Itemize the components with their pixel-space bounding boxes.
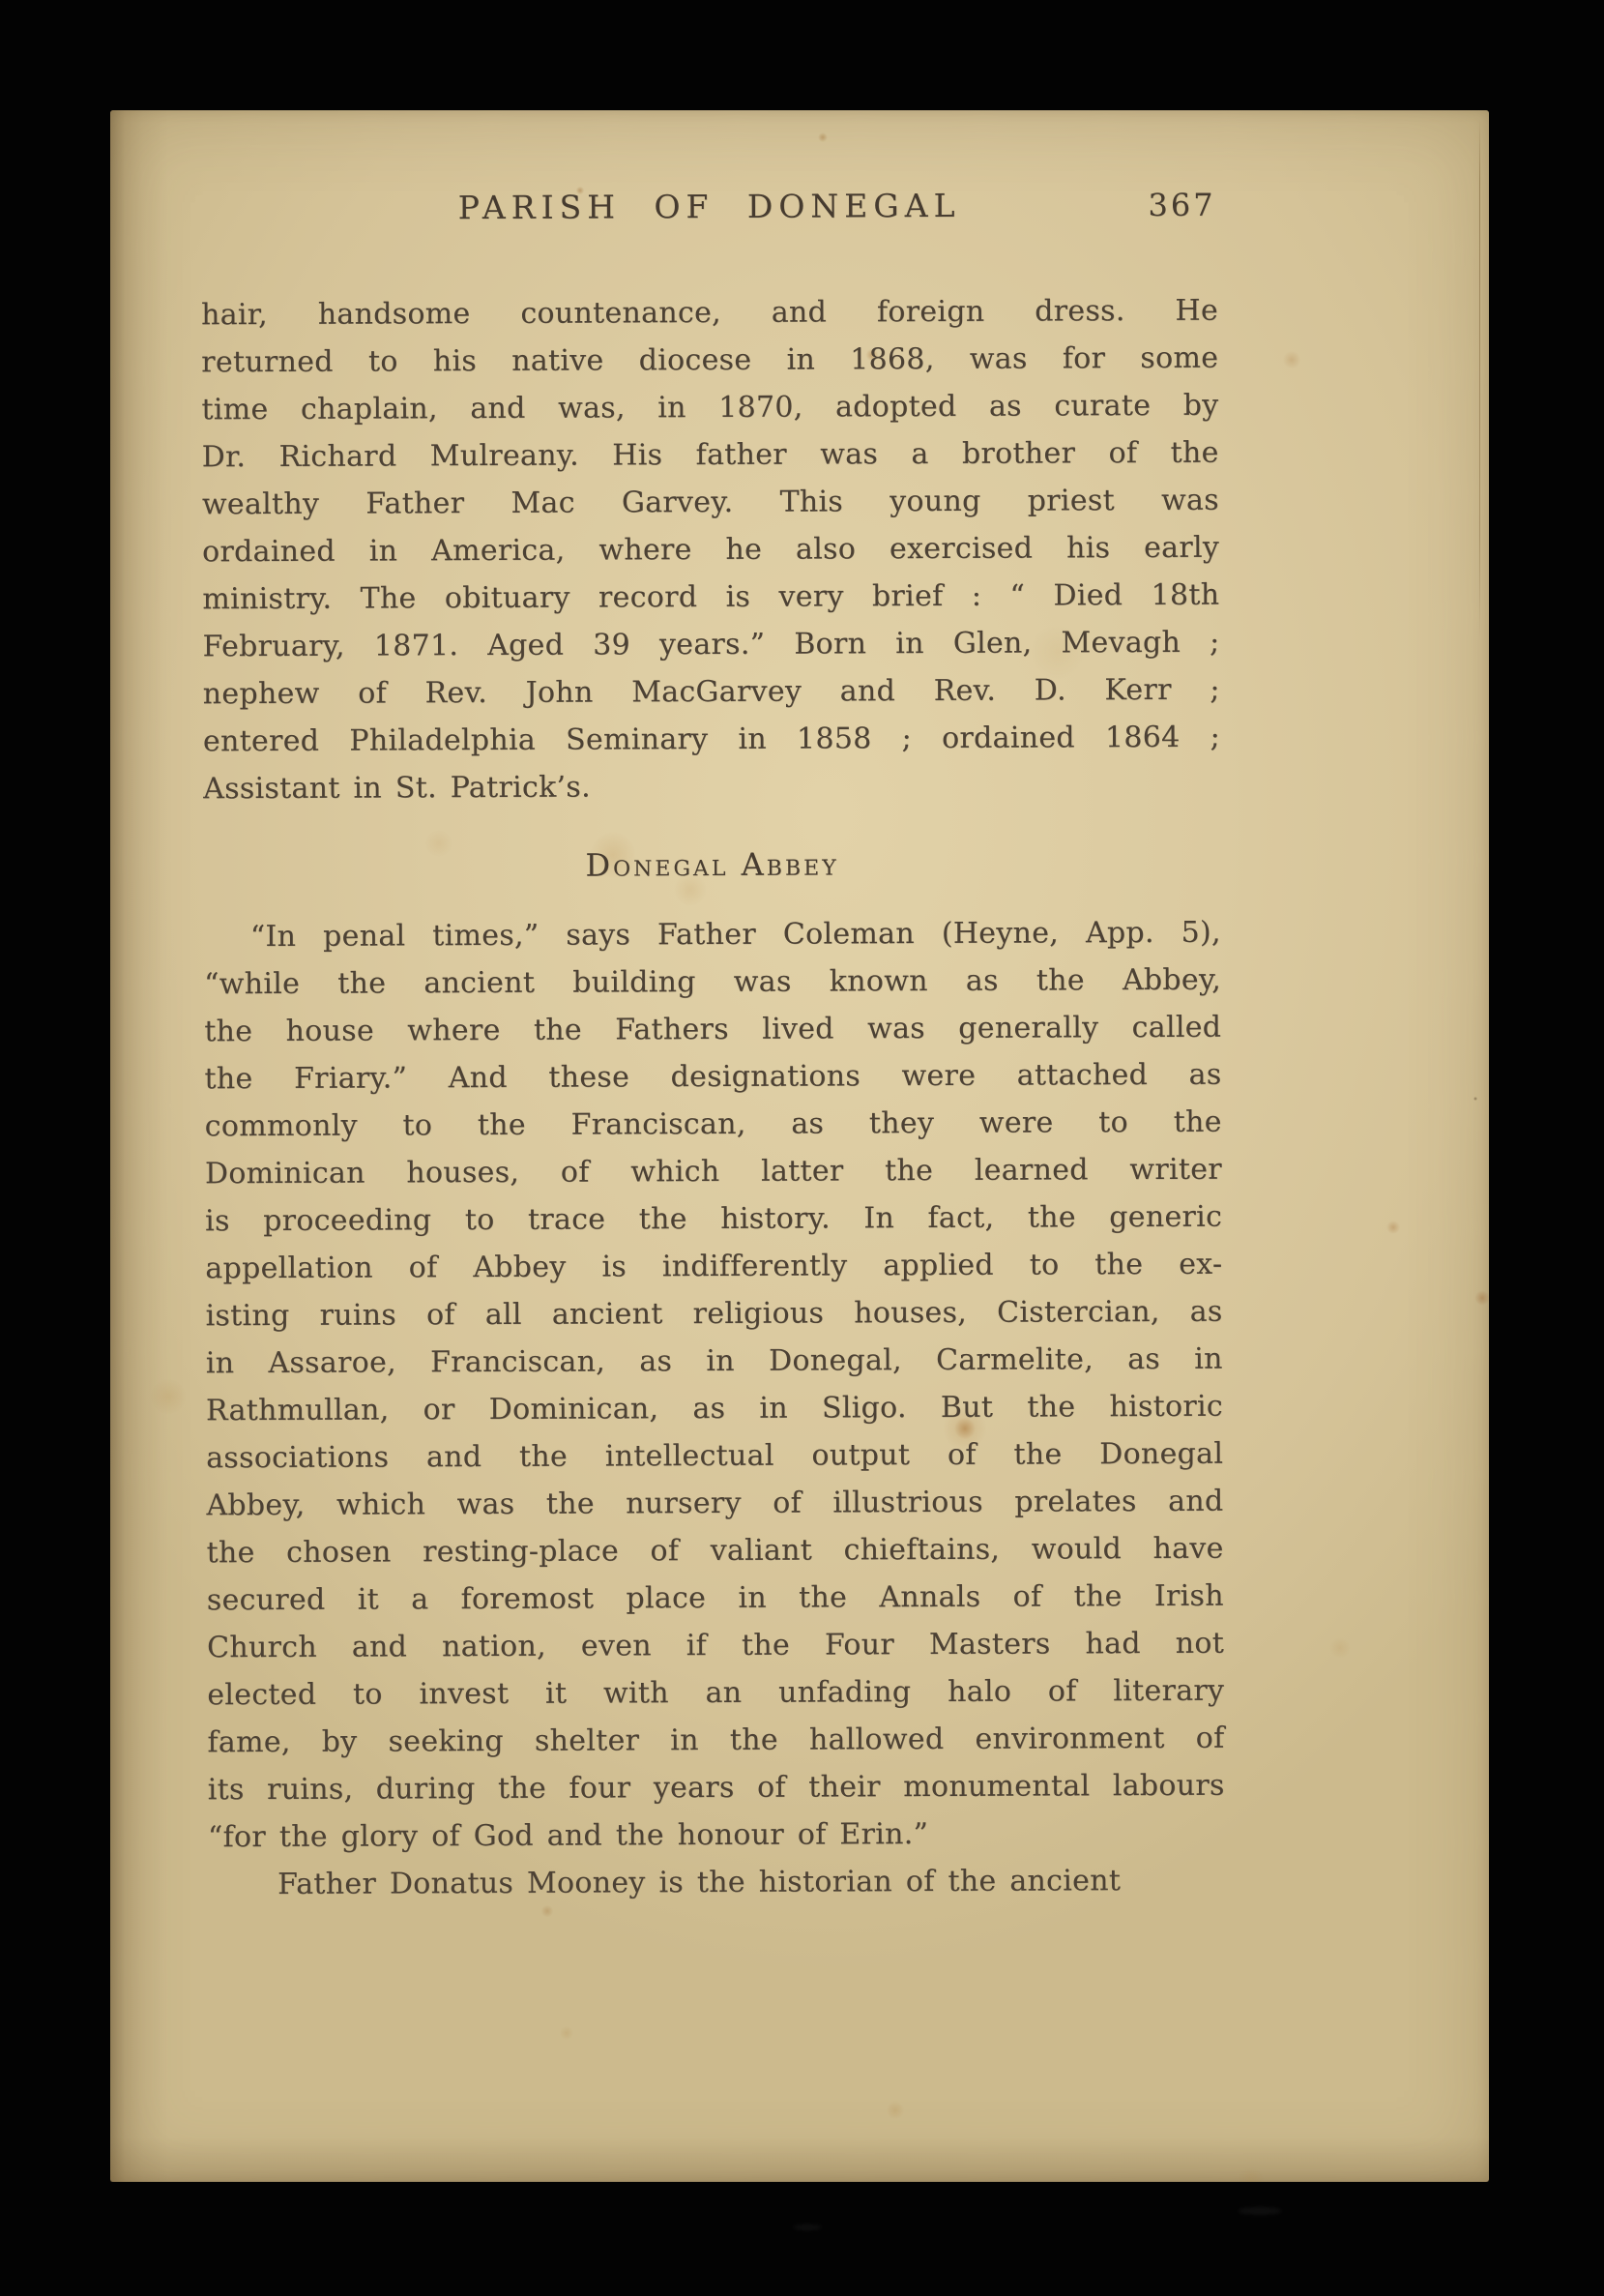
section-heading: Donegal Abbey (203, 844, 1220, 886)
text-line: wealthy Father Mac Garvey. This young pr… (202, 477, 1219, 529)
text-line: the Friary.” And these designations were… (204, 1051, 1221, 1104)
text-line: Assistant in St. Patrick’s. (203, 761, 1220, 813)
paragraph-father-mooney: Father Donatus Mooney is the historian o… (208, 1857, 1225, 1909)
text-line: entered Philadelphia Seminary in 1858 ; … (203, 714, 1220, 766)
text-line: Rathmullan, or Dominican, as in Sligo. B… (206, 1383, 1223, 1435)
text-line: ministry. The obituary record is very br… (202, 572, 1219, 624)
dust-speck (1238, 2207, 1282, 2215)
text-line: ordained in America, where he also exerc… (202, 524, 1219, 576)
running-head-title: PARISH OF DONEGAL (200, 186, 1217, 228)
text-line: the house where the Fathers lived was ge… (204, 1004, 1221, 1056)
text-line: Dominican houses, of which latter the le… (205, 1146, 1222, 1198)
text-line: in Assaroe, Franciscan, as in Donegal, C… (206, 1336, 1223, 1388)
text-line: “for the glory of God and the honour of … (208, 1810, 1225, 1862)
text-line: is proceeding to trace the history. In f… (205, 1193, 1222, 1246)
text-line: elected to invest it with an unfading ha… (207, 1667, 1224, 1720)
running-head: PARISH OF DONEGAL 367 (200, 186, 1217, 237)
page-number: 367 (1148, 187, 1215, 223)
text-line: Father Donatus Mooney is the historian o… (208, 1857, 1225, 1909)
book-page: PARISH OF DONEGAL 367 hair, handsome cou… (110, 110, 1489, 2182)
text-line: February, 1871. Aged 39 years.” Born in … (202, 619, 1219, 671)
text-line: its ruins, during the four years of thei… (208, 1762, 1225, 1814)
text-line: secured it a foremost place in the Annal… (207, 1573, 1224, 1625)
text-line: isting ruins of all ancient religious ho… (205, 1288, 1222, 1340)
text-line: hair, handsome countenance, and foreign … (201, 287, 1218, 339)
text-line: associations and the intellectual output… (206, 1430, 1223, 1483)
text-line: nephew of Rev. John MacGarvey and Rev. D… (203, 666, 1220, 719)
paragraph-donegal-abbey: “In penal times,” says Father Coleman (H… (204, 909, 1225, 1862)
text-line: returned to his native diocese in 1868, … (201, 335, 1218, 387)
text-line: the chosen resting-place of valiant chie… (207, 1525, 1224, 1577)
text-line: “while the ancient building was known as… (204, 957, 1221, 1009)
text-line: time chaplain, and was, in 1870, adopted… (201, 382, 1218, 434)
text-line: Dr. Richard Mulreany. His father was a b… (202, 429, 1219, 482)
binding-gutter-shadow (110, 110, 168, 2182)
text-line: Church and nation, even if the Four Mast… (207, 1620, 1224, 1672)
dust-speck (793, 2224, 822, 2230)
text-line: fame, by seeking shelter in the hallowed… (207, 1715, 1224, 1767)
text-line: commonly to the Franciscan, as they were… (205, 1099, 1222, 1151)
text-line: Abbey, which was the nursery of illustri… (206, 1478, 1223, 1530)
text-line: “In penal times,” says Father Coleman (H… (204, 909, 1221, 961)
scan-background: PARISH OF DONEGAL 367 hair, handsome cou… (0, 0, 1604, 2296)
fore-edge-line (1479, 118, 1480, 640)
text-block: PARISH OF DONEGAL 367 hair, handsome cou… (200, 108, 1226, 2185)
text-line: appellation of Abbey is indifferently ap… (205, 1241, 1222, 1293)
paragraph-continuation: hair, handsome countenance, and foreign … (201, 287, 1220, 813)
